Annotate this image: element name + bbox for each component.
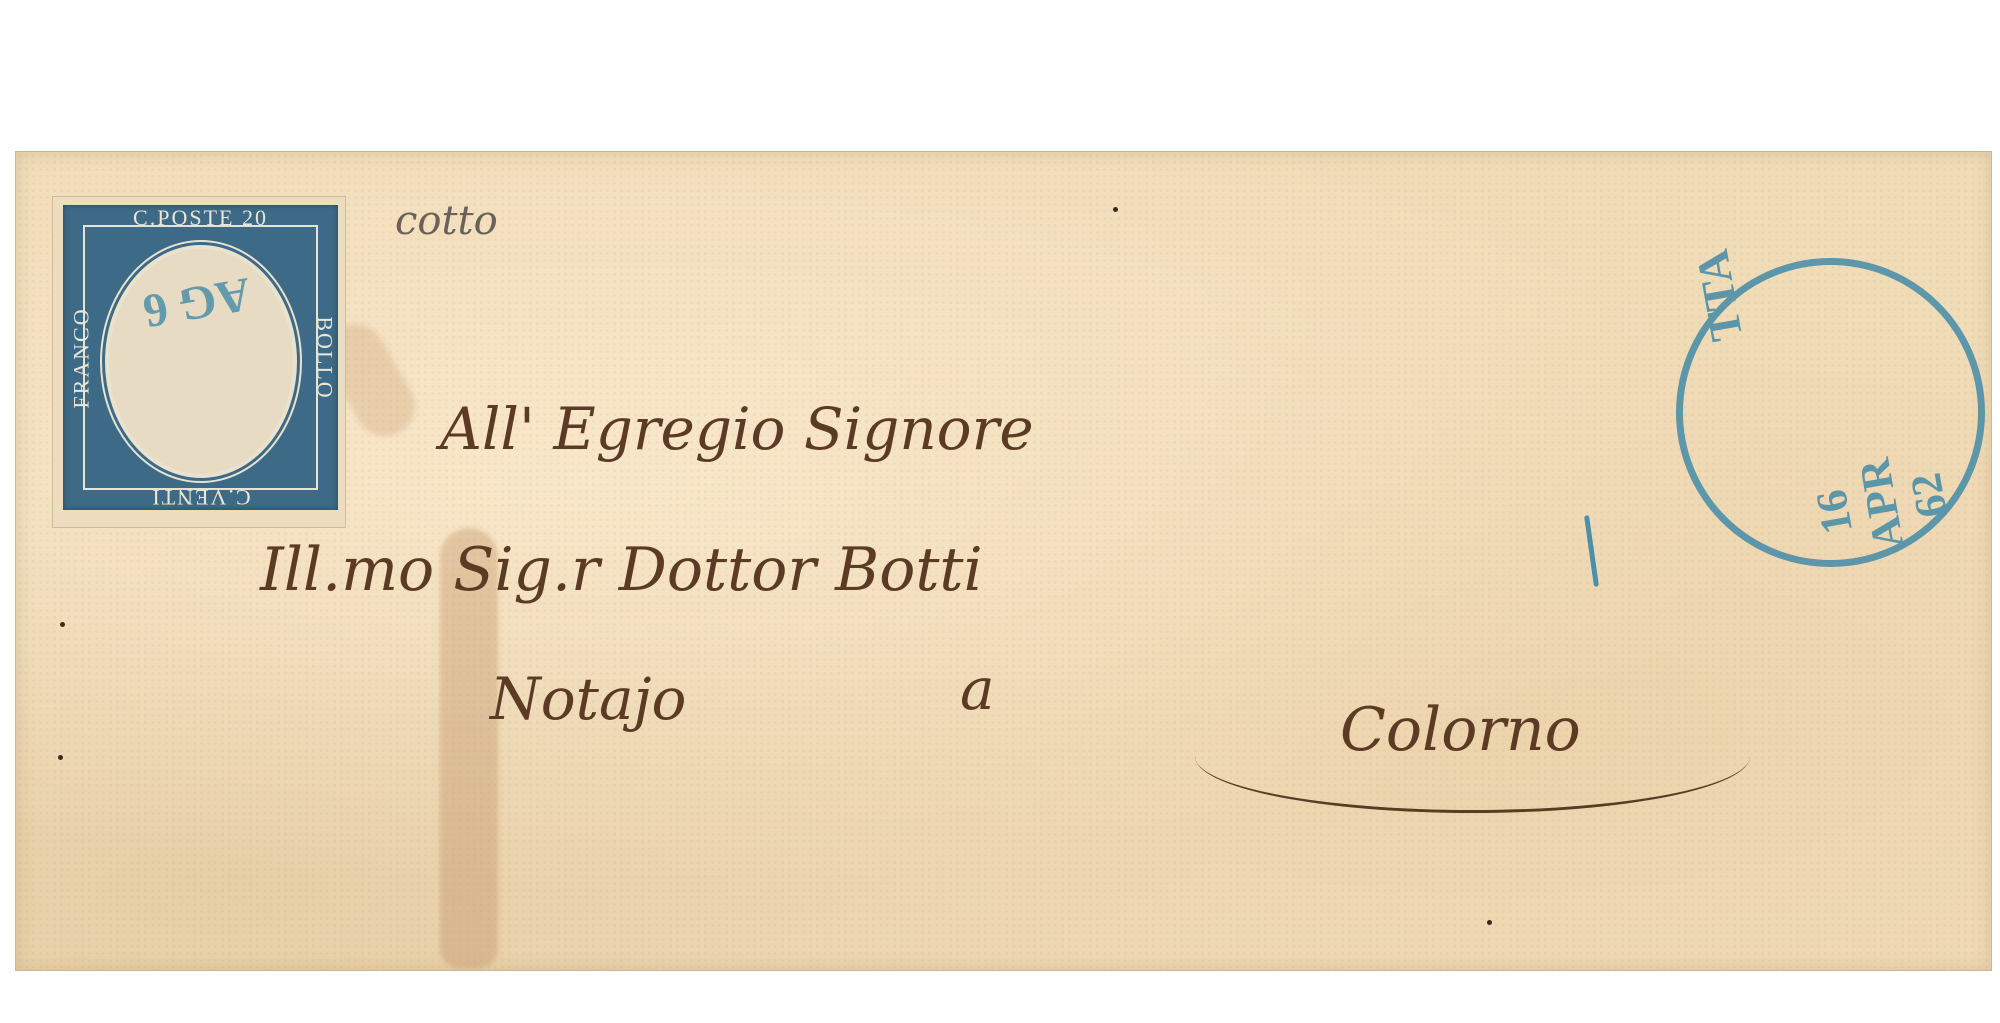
postmark-date: 16 APR 62: [1799, 422, 1965, 585]
circular-postmark: TTA 16 APR 62: [1676, 258, 1985, 567]
address-line-salutation: All' Egregio Signore: [440, 395, 1034, 463]
stamp-top-text: C.POSTE 20: [63, 205, 338, 231]
town-underline-flourish: [1195, 700, 1750, 813]
paper-speck: [60, 622, 65, 627]
stamp-left-text: FRANCO: [69, 307, 95, 408]
stamp-bottom-text: C.VENTI: [63, 484, 338, 510]
paper-speck: [1113, 207, 1118, 212]
address-line-profession: Notajo: [490, 665, 686, 733]
address-line-connector: a: [960, 655, 995, 723]
paper-speck: [1487, 920, 1492, 925]
address-line-recipient: Ill.mo Sig.r Dottor Botti: [260, 535, 983, 605]
stamp-right-text: BOLLO: [311, 316, 337, 399]
postage-stamp: C.POSTE 20 C.VENTI FRANCO BOLLO AG 6: [63, 205, 338, 510]
pencil-annotation: cotto: [395, 198, 498, 244]
paper-speck: [58, 755, 63, 760]
